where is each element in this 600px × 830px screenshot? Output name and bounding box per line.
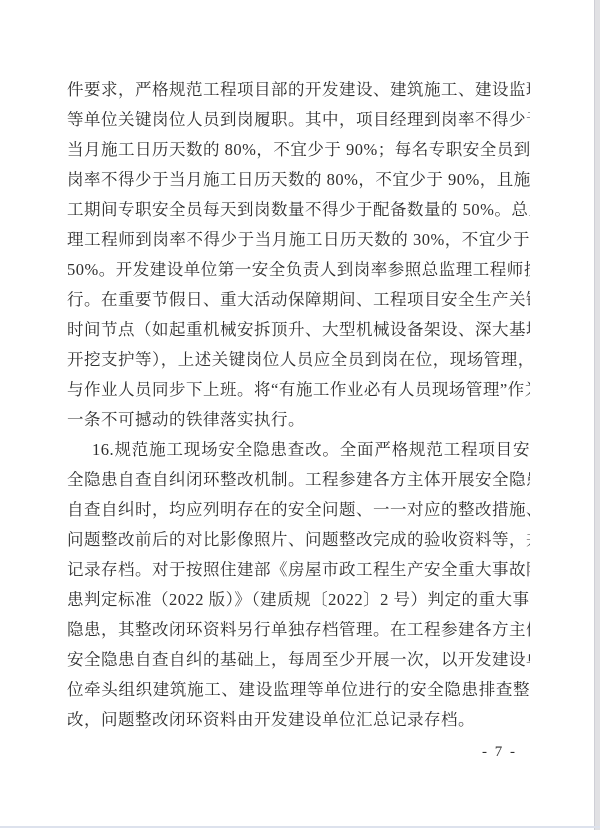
text-line: 隐患，其整改闭环资料另行单独存档管理。在工程参建各方主体 (67, 615, 530, 645)
text-line: 时间节点（如起重机械安拆顶升、大型机械设备架设、深大基坑 (67, 315, 530, 345)
text-line: 全隐患自查自纠闭环整改机制。工程参建各方主体开展安全隐患 (67, 465, 530, 495)
document-page: 件要求，严格规范工程项目部的开发建设、建筑施工、建设监理等单位关键岗位人员到岗履… (0, 0, 600, 830)
text-line: 行。在重要节假日、重大活动保障期间、工程项目安全生产关键 (67, 285, 530, 315)
text-line: 岗率不得少于当月施工日历天数的 80%，不宜少于 90%，且施 (67, 165, 530, 195)
text-line: 理工程师到岗率不得少于当月施工日历天数的 30%，不宜少于 (67, 225, 530, 255)
text-line: 记录存档。对于按照住建部《房屋市政工程生产安全重大事故隐 (67, 555, 530, 585)
page-number: - 7 - (482, 744, 517, 761)
text-line: 开挖支护等），上述关键岗位人员应全员到岗在位，现场管理， (67, 345, 530, 375)
text-line: 安全隐患自查自纠的基础上，每周至少开展一次，以开发建设单 (67, 645, 530, 675)
text-line: 改，问题整改闭环资料由开发建设单位汇总记录存档。 (67, 705, 530, 735)
page-bottom-edge (0, 826, 600, 828)
text-line: 问题整改前后的对比影像照片、问题整改完成的验收资料等，并 (67, 525, 530, 555)
text-line: 16.规范施工现场安全隐患查改。全面严格规范工程项目安 (67, 435, 530, 465)
text-line: 件要求，严格规范工程项目部的开发建设、建筑施工、建设监理 (67, 75, 530, 105)
text-line: 当月施工日历天数的 80%，不宜少于 90%；每名专职安全员到 (67, 135, 530, 165)
text-line: 与作业人员同步下上班。将“有施工作业必有人员现场管理”作为 (67, 375, 530, 405)
text-line: 患判定标准（2022 版）》（建质规〔2022〕2 号）判定的重大事故 (67, 585, 530, 615)
text-line: 自查自纠时，均应列明存在的安全问题、一一对应的整改措施、 (67, 495, 530, 525)
text-line: 50%。开发建设单位第一安全负责人到岗率参照总监理工程师执 (67, 255, 530, 285)
text-line: 等单位关键岗位人员到岗履职。其中，项目经理到岗率不得少于 (67, 105, 530, 135)
document-body: 件要求，严格规范工程项目部的开发建设、建筑施工、建设监理等单位关键岗位人员到岗履… (67, 75, 530, 735)
text-line: 工期间专职安全员每天到岗数量不得少于配备数量的 50%。总监 (67, 195, 530, 225)
text-line: 位牵头组织建筑施工、建设监理等单位进行的安全隐患排查整 (67, 675, 530, 705)
text-line: 一条不可撼动的铁律落实执行。 (67, 405, 530, 435)
page-right-edge (594, 0, 600, 830)
